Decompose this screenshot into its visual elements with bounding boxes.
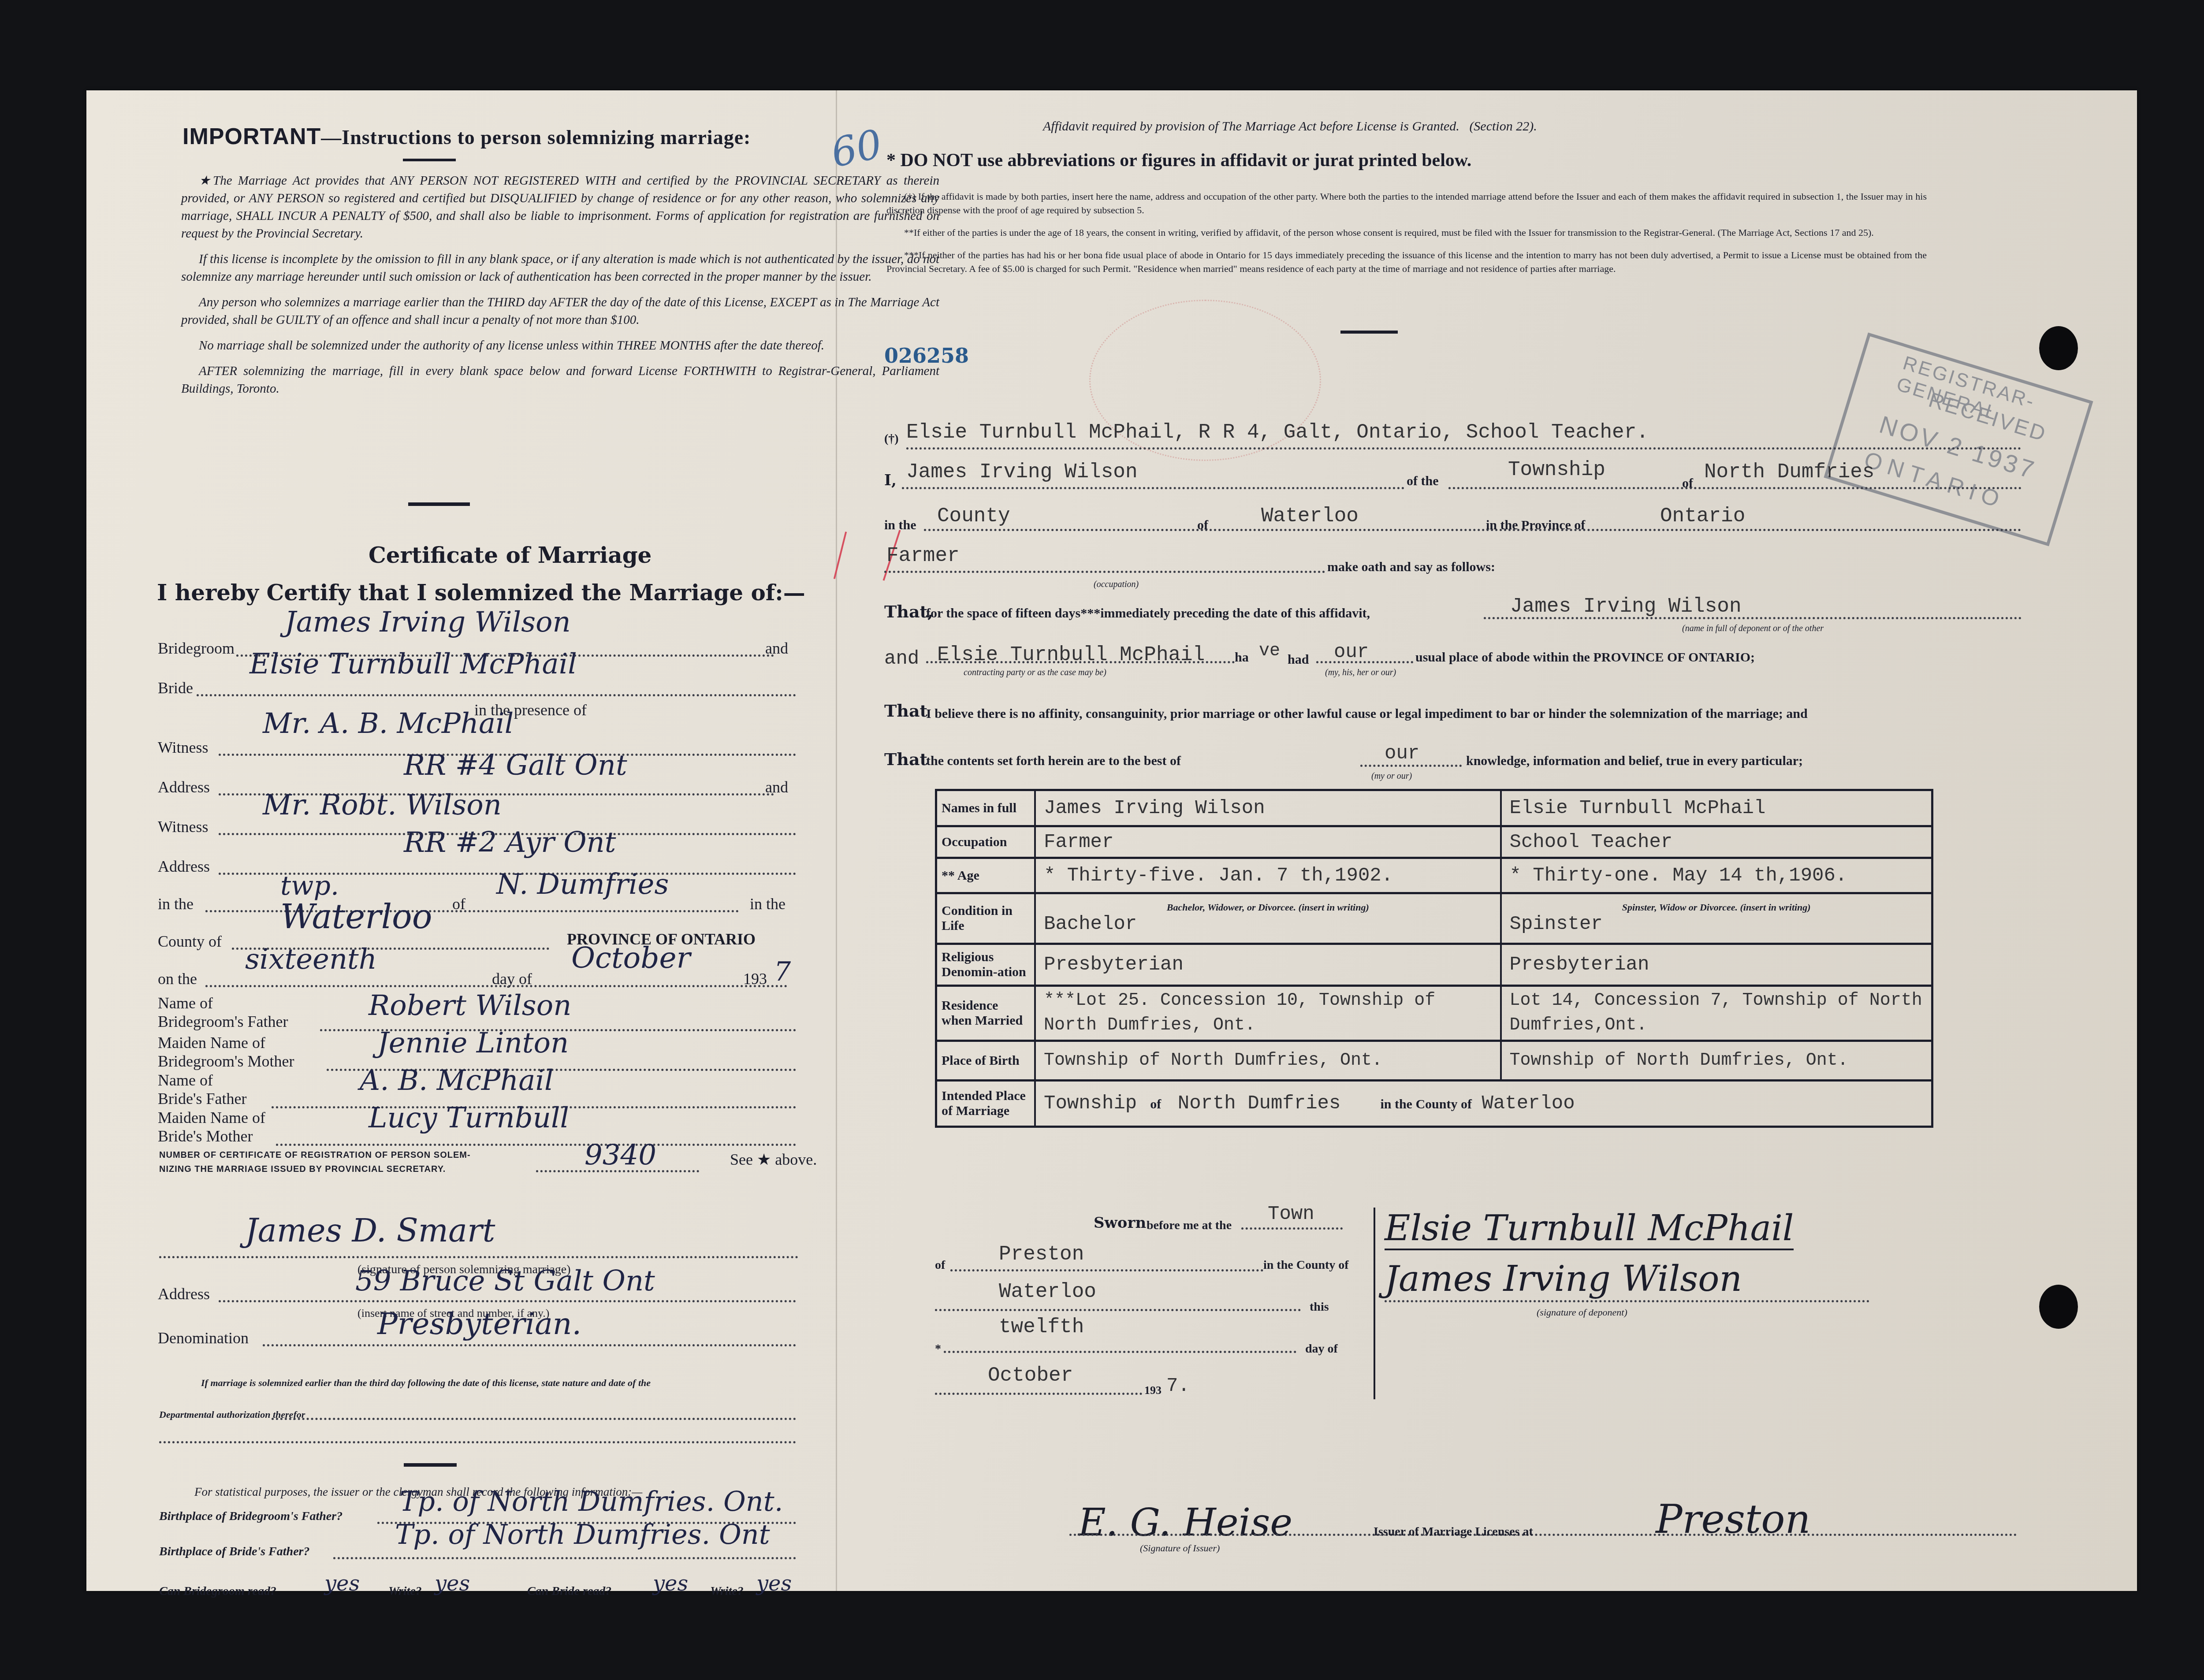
province-label: in the Province of (1486, 518, 1585, 533)
jurat-county[interactable]: Waterloo (999, 1280, 1096, 1303)
license-serial-number: 026258 (884, 344, 969, 368)
marriage-license-document: IMPORTANT—Instructions to person solemni… (86, 90, 2137, 1591)
ve-typed[interactable]: ve (1259, 641, 1280, 661)
bride-father-name[interactable]: A. B. McPhail (360, 1064, 553, 1097)
instruction-third-day: Any person who solemnizes a marriage ear… (181, 294, 939, 329)
affidavit-notes: (†) If the affidavit is made by both par… (886, 190, 1927, 275)
brace-line (1374, 1208, 1375, 1399)
that-lead: That (884, 749, 927, 769)
address-label: Address (158, 857, 210, 876)
residence-pronoun[interactable]: our (1334, 641, 1369, 663)
instruction-incomplete: If this license is incomplete by the omi… (181, 250, 939, 286)
groom-age-cell[interactable]: * Thirty-five. Jan. 7 th,1902. (1035, 858, 1501, 893)
bride-condition[interactable]: Spinster (1510, 913, 1603, 935)
certify-line: I hereby Certify that I solemnized the M… (157, 580, 805, 606)
bride-signature[interactable]: Elsie Turnbull McPhail (1385, 1208, 1794, 1250)
label-line: Name of (158, 1071, 213, 1089)
witness-label: Witness (158, 818, 208, 836)
bride-condition-cell[interactable]: Spinster, Widow or Divorcee. (insert in … (1501, 893, 1932, 944)
i-mark: I, (884, 472, 897, 489)
instruction-forward: AFTER solemnizing the marriage, fill in … (181, 362, 939, 398)
table-row: Intended Place of Marriage Township of N… (936, 1081, 1932, 1127)
groom-religion-cell[interactable]: Presbyterian (1035, 944, 1501, 986)
bridegroom-label: Bridegroom (158, 639, 235, 658)
affidavit-header: Affidavit required by provision of The M… (1043, 119, 1537, 134)
row-label: Condition in Life (936, 893, 1035, 944)
county-label: County of (158, 932, 222, 951)
issuer-signature[interactable]: E. G. Heise (1078, 1501, 1292, 1545)
address-label: Address (158, 1285, 210, 1303)
label-line: Bride's Mother (158, 1127, 253, 1145)
officiant-address[interactable]: 59 Bruce St Galt Ont (355, 1265, 655, 1297)
label-line: Name of (158, 994, 213, 1012)
divider (404, 1463, 457, 1467)
table-row: Residence when Married ***Lot 25. Conces… (936, 986, 1932, 1041)
punch-hole (2039, 326, 2078, 370)
of-the-label: of the (1407, 474, 1438, 489)
deponent-name[interactable]: James Irving Wilson (906, 461, 1138, 483)
row-label: Intended Place of Marriage (936, 1081, 1035, 1127)
table-row: Occupation Farmer School Teacher (936, 826, 1932, 858)
bride-father-birthplace-label: Birthplace of Bride's Father? (159, 1545, 309, 1559)
intended-place-cell: Township of North Dumfries in the County… (1035, 1081, 1932, 1127)
groom-read-label: Can Bridegroom read? (159, 1584, 276, 1598)
marriage-month[interactable]: October (571, 941, 690, 975)
row-label: ** Age (936, 858, 1035, 893)
jurat-year-digit[interactable]: 7. (1166, 1375, 1190, 1397)
deponent-municipality-type[interactable]: Township (1508, 458, 1605, 481)
certificate-title: Certificate of Marriage (369, 542, 652, 568)
label-line: NIZING THE MARRIAGE ISSUED BY PROVINCIAL… (159, 1164, 446, 1174)
marriage-year-digit[interactable]: 7 (774, 956, 791, 987)
label-line: Bridegroom's Father (158, 1013, 288, 1030)
affidavit-title: Affidavit required by provision of The M… (1043, 119, 1459, 134)
truth-pronoun[interactable]: our (1385, 743, 1419, 765)
table-row: Place of Birth Township of North Dumfrie… (936, 1041, 1932, 1081)
and-label: and (765, 639, 788, 658)
bride-write-value[interactable]: yes (756, 1571, 792, 1596)
witness2-name[interactable]: Mr. Robt. Wilson (263, 789, 502, 821)
in-the-label: in the (750, 895, 786, 913)
party-caption: contracting party or as the case may be) (964, 668, 1106, 678)
truth-clause-end: knowledge, information and belief, true … (1466, 754, 1803, 769)
jurat-month[interactable]: October (988, 1364, 1073, 1387)
handwritten-note: 60 (827, 121, 886, 177)
and-label: and (765, 778, 788, 796)
groom-name-cell[interactable]: James Irving Wilson (1035, 790, 1501, 826)
name-caption: (name in full of deponent or of the othe… (1682, 624, 1824, 634)
pronoun-caption: (my or our) (1371, 771, 1412, 781)
bride-religion-cell[interactable]: Presbyterian (1501, 944, 1932, 986)
label-line: Maiden Name of (158, 1034, 265, 1052)
issuer-caption: (Signature of Issuer) (1140, 1542, 1220, 1554)
note-residence: ***If neither of the parties has had his… (886, 248, 1927, 275)
condition-caption: Bachelor, Widower, or Divorcee. (insert … (1044, 902, 1492, 913)
issuer-label: Issuer of Marriage Licenses at (1374, 1525, 1533, 1539)
sworn-label: Sworn (1094, 1214, 1146, 1232)
on-the-label: on the (158, 970, 197, 988)
bride-label: Bride (158, 679, 193, 697)
deponent-caption: (signature of deponent) (1537, 1307, 1627, 1318)
label-line: Maiden Name of (158, 1109, 265, 1126)
county-value[interactable]: Waterloo (280, 897, 432, 936)
punch-hole (2039, 1285, 2078, 1329)
affidavit-section: (Section 22). (1469, 119, 1537, 134)
municipality-name[interactable]: N. Dumfries (496, 868, 669, 901)
row-label: Occupation (936, 826, 1035, 858)
truth-clause-text: the contents set forth herein are to the… (926, 754, 1181, 769)
in-the-label: in the (158, 895, 194, 913)
star-mark: * (935, 1342, 941, 1356)
groom-residence-cell[interactable]: ***Lot 25. Concession 10, Township of No… (1035, 986, 1501, 1041)
marriage-day[interactable]: sixteenth (245, 943, 377, 976)
divider (403, 159, 456, 161)
groom-father-birthplace-label: Birthplace of Bridegroom's Father? (159, 1509, 343, 1524)
deponent-province[interactable]: Ontario (1660, 505, 1745, 528)
groom-write-label: Write? (388, 1584, 422, 1598)
registration-number[interactable]: 9340 (585, 1139, 656, 1172)
jurat-place-type[interactable]: Town (1268, 1203, 1314, 1225)
county-label: in the County of (1380, 1097, 1472, 1111)
groom-father-label: Name ofBridegroom's Father (158, 994, 288, 1031)
label-line: NUMBER OF CERTIFICATE OF REGISTRATION OF… (159, 1150, 471, 1160)
divider (408, 502, 470, 506)
early-marriage-note: If marriage is solemnized earlier than t… (201, 1377, 651, 1389)
witness1-name[interactable]: Mr. A. B. McPhail (263, 707, 514, 740)
groom-signature[interactable]: James Irving Wilson (1385, 1258, 1742, 1299)
bride-age-cell[interactable]: * Thirty-one. May 14 th,1906. (1501, 858, 1932, 893)
deponent-municipality[interactable]: North Dumfries (1704, 461, 1874, 483)
residence-other-party[interactable]: Elsie Turnbull McPhail (937, 643, 1205, 666)
make-oath-label: make oath and say as follows: (1327, 560, 1495, 575)
deponent-county-type[interactable]: County (937, 505, 1010, 528)
other-party-details[interactable]: Elsie Turnbull McPhail, R R 4, Galt, Ont… (906, 421, 1649, 444)
important-label: IMPORTANT (182, 124, 321, 149)
row-label: Residence when Married (936, 986, 1035, 1041)
of-label: of (935, 1258, 945, 1272)
instructions: ★The Marriage Act provides that ANY PERS… (181, 172, 939, 398)
groom-mother-label: Maiden Name ofBridegroom's Mother (158, 1033, 294, 1070)
of-label: of (1682, 476, 1693, 491)
deponent-county[interactable]: Waterloo (1261, 505, 1359, 528)
in-the-label: in the (884, 518, 916, 533)
denomination-label: Denomination (158, 1329, 249, 1347)
officiant-denomination[interactable]: Presbyterian. (377, 1307, 581, 1342)
groom-father-name[interactable]: Robert Wilson (369, 989, 571, 1022)
divider (1340, 331, 1398, 334)
bridegroom-name[interactable]: James Irving Wilson (285, 606, 571, 639)
witness1-address[interactable]: RR #4 Galt Ont (404, 749, 627, 782)
condition-caption: Spinster, Widow or Divorcee. (insert in … (1510, 902, 1923, 913)
had-label: had (1288, 652, 1309, 667)
of-label: of (452, 895, 465, 913)
groom-condition[interactable]: Bachelor (1044, 913, 1137, 935)
day-of-label: day of (1305, 1342, 1338, 1356)
witness-label: Witness (158, 738, 208, 757)
important-heading: IMPORTANT—Instructions to person solemni… (182, 123, 751, 150)
table-row: Religious Denomin-ation Presbyterian Pre… (936, 944, 1932, 986)
this-label: this (1310, 1300, 1329, 1314)
important-subtitle: —Instructions to person solemnizing marr… (321, 126, 751, 149)
impediment-clause-text: I believe there is no affinity, consangu… (884, 705, 2022, 723)
issuer-place[interactable]: Preston (1656, 1496, 1810, 1542)
see-above-note: See ★ above. (730, 1150, 817, 1169)
bride-mother-label: Maiden Name ofBride's Mother (158, 1108, 265, 1145)
bride-mother-name[interactable]: Lucy Turnbull (369, 1102, 569, 1134)
before-me-label: before me at the (1147, 1219, 1232, 1233)
county-label: in the County of (1263, 1258, 1349, 1272)
row-label: Place of Birth (936, 1041, 1035, 1081)
bride-write-label: Write? (710, 1584, 744, 1598)
bride-father-birthplace[interactable]: Tp. of North Dumfries. Ont (395, 1518, 770, 1550)
instruction-penalty: ★The Marriage Act provides that ANY PERS… (181, 172, 939, 242)
residence-clause-text: for the space of fifteen days***immediat… (926, 606, 1370, 621)
groom-write-value[interactable]: yes (435, 1571, 470, 1596)
groom-father-birthplace[interactable]: Tp. of North Dumfries. Ont. (399, 1485, 783, 1517)
bride-read-label: Can Bride read? (527, 1584, 611, 1598)
residence-clause-end: usual place of abode within the PROVINCE… (1415, 650, 1755, 665)
year-prefix: 193 (743, 970, 767, 988)
deponent-occupation[interactable]: Farmer (886, 544, 960, 567)
address-label: Address (158, 778, 210, 796)
row-label: Religious Denomin-ation (936, 944, 1035, 986)
label-line: Bride's Father (158, 1090, 246, 1108)
of-label: of (1197, 518, 1208, 533)
bride-name-cell[interactable]: Elsie Turnbull McPhail (1501, 790, 1932, 826)
pronoun-caption: (my, his, her or our) (1325, 668, 1396, 678)
groom-mother-name[interactable]: Jennie Linton (377, 1027, 569, 1059)
of-label: of (1150, 1097, 1161, 1111)
and-label: and (884, 648, 919, 670)
groom-occupation-cell[interactable]: Farmer (1035, 826, 1501, 858)
intended-municipality-type[interactable]: Township (1044, 1093, 1137, 1115)
note-both-parties: (†) If the affidavit is made by both par… (886, 190, 1927, 217)
jurat-place[interactable]: Preston (999, 1243, 1084, 1266)
label-line: Bridegroom's Mother (158, 1052, 294, 1070)
day-of-label: day of (492, 970, 532, 988)
residence-deponent-name[interactable]: James Irving Wilson (1510, 595, 1742, 618)
intended-municipality[interactable]: North Dumfries (1178, 1093, 1341, 1115)
bride-occupation-cell[interactable]: School Teacher (1501, 826, 1932, 858)
particulars-table: Names in full James Irving Wilson Elsie … (935, 789, 1933, 1128)
groom-birthplace-cell[interactable]: Township of North Dumfries, Ont. (1035, 1041, 1501, 1081)
registration-label: NUMBER OF CERTIFICATE OF REGISTRATION OF… (159, 1148, 471, 1176)
bride-read-value[interactable]: yes (653, 1571, 688, 1596)
table-row: Condition in Life Bachelor, Widower, or … (936, 893, 1932, 944)
note-under-18: **If either of the parties is under the … (886, 226, 1927, 239)
occupation-caption: (occupation) (1094, 580, 1139, 590)
row-label: Names in full (936, 790, 1035, 826)
instruction-three-months: No marriage shall be solemnized under th… (181, 337, 939, 354)
witness2-address[interactable]: RR #2 Ayr Ont (404, 826, 616, 859)
officiant-signature[interactable]: James D. Smart (245, 1212, 495, 1249)
ha-label: ha (1235, 650, 1249, 665)
bride-residence-cell[interactable]: Lot 14, Concession 7, Township of North … (1501, 986, 1932, 1041)
abbreviation-warning: * DO NOT use abbreviations or figures in… (886, 150, 1471, 171)
intended-county[interactable]: Waterloo (1482, 1093, 1575, 1115)
bride-name[interactable]: Elsie Turnbull McPhail (249, 648, 577, 680)
bride-father-label: Name ofBride's Father (158, 1071, 246, 1108)
year-prefix: 193 (1144, 1384, 1162, 1397)
groom-read-value[interactable]: yes (324, 1571, 360, 1596)
jurat-day[interactable]: twelfth (999, 1316, 1084, 1338)
table-row: ** Age * Thirty-five. Jan. 7 th,1902. * … (936, 858, 1932, 893)
dagger-mark: (†) (884, 432, 899, 446)
table-row: Names in full James Irving Wilson Elsie … (936, 790, 1932, 826)
groom-condition-cell[interactable]: Bachelor, Widower, or Divorcee. (insert … (1035, 893, 1501, 944)
bride-birthplace-cell[interactable]: Township of North Dumfries, Ont. (1501, 1041, 1932, 1081)
